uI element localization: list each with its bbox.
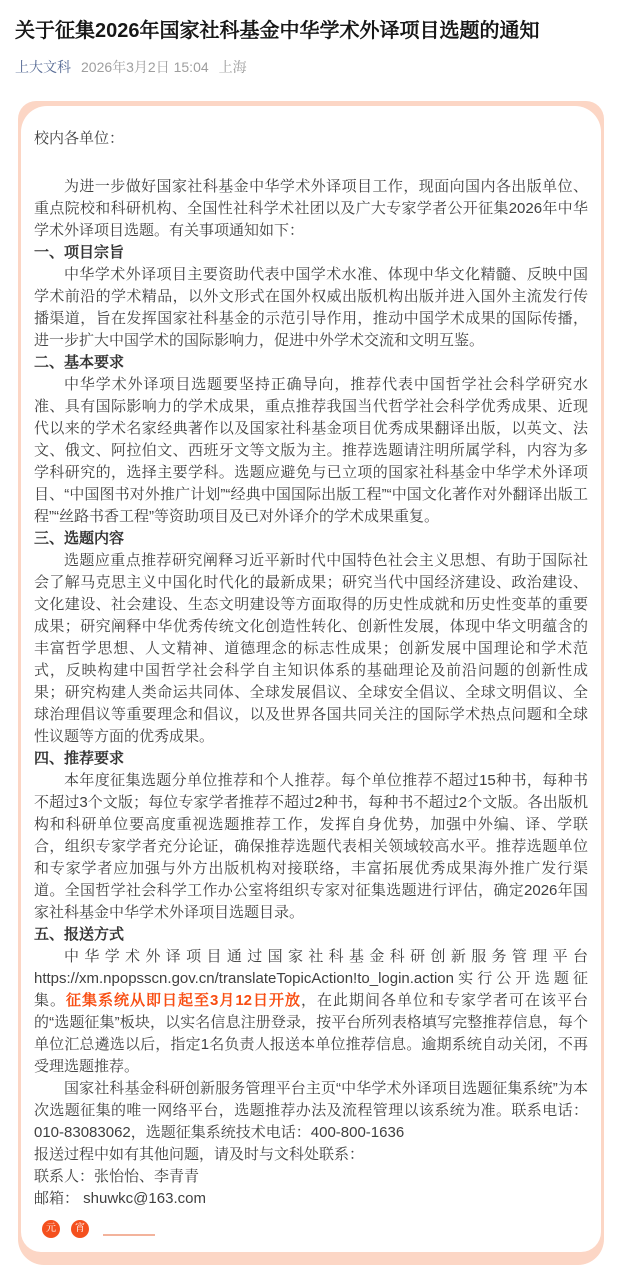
section-2-body: 中华学术外译项目选题要坚持正确导向，推荐代表中国哲学社会科学研究水准、具有国际影… [34,374,588,528]
salutation: 校内各单位： [34,128,588,150]
byline: 上大文科 2026年3月2日 15:04 上海 [15,58,607,76]
submission-text-lead: 中华学术外译项目通过国家社科基金科研创新服务管理平台 [64,948,588,965]
page-title: 关于征集2026年国家社科基金中华学术外译项目选题的通知 [15,16,607,46]
contact-person: 联系人：张怡怡、李青青 [34,1166,588,1188]
content-card: 校内各单位： 为进一步做好国家社科基金中华学术外译项目工作，现面向国内各出版单位… [21,106,601,1252]
section-1-heading: 一、项目宗旨 [34,242,588,264]
section-4-body: 本年度征集选题分单位推荐和个人推荐。每个单位推荐不超过15种书，每种书不超过3个… [34,770,588,924]
yuan-festival-badge-icon: 元 [42,1220,60,1238]
section-3-body: 选题应重点推荐研究阐释习近平新时代中国特色社会主义思想、有助于国际社会了解马克思… [34,550,588,748]
article-header: 关于征集2026年国家社科基金中华学术外译项目选题的通知 上大文科 2026年3… [0,0,622,76]
intro-paragraph: 为进一步做好国家社科基金中华学术外译项目工作，现面向国内各出版单位、重点院校和科… [34,176,588,242]
section-5-heading: 五、报送方式 [34,924,588,946]
submission-paragraph: 中华学术外译项目通过国家社科基金科研创新服务管理平台https://xm.npo… [34,946,588,1078]
xiao-festival-badge-icon: 宵 [71,1220,89,1238]
article-page: 关于征集2026年国家社科基金中华学术外译项目选题的通知 上大文科 2026年3… [0,0,622,1265]
section-3-heading: 三、选题内容 [34,528,588,550]
footer-badges: 元 宵 [42,1220,588,1238]
section-4-heading: 四、推荐要求 [34,748,588,770]
deadline-highlight: 征集系统从即日起至3月12日开放 [66,992,301,1009]
account-link[interactable]: 上大文科 [15,58,71,76]
platform-paragraph: 国家社科基金科研创新服务管理平台主页“中华学术外译项目选题征集系统”为本次选题征… [34,1078,588,1144]
publish-datetime: 2026年3月2日 15:04 [81,58,209,76]
section-2-heading: 二、基本要求 [34,352,588,374]
publish-location: 上海 [219,58,247,76]
contact-note: 报送过程中如有其他问题，请及时与文科处联系： [34,1144,588,1166]
content-card-frame: 校内各单位： 为进一步做好国家社科基金中华学术外译项目工作，现面向国内各出版单位… [18,101,604,1265]
submission-url: https://xm.npopsscn.gov.cn/translateTopi… [34,970,454,987]
contact-email: 邮箱： shuwkc@163.com [34,1188,588,1210]
decorative-underline [103,1234,155,1236]
section-1-body: 中华学术外译项目主要资助代表中国学术水准、体现中华文化精髓、反映中国学术前沿的学… [34,264,588,352]
